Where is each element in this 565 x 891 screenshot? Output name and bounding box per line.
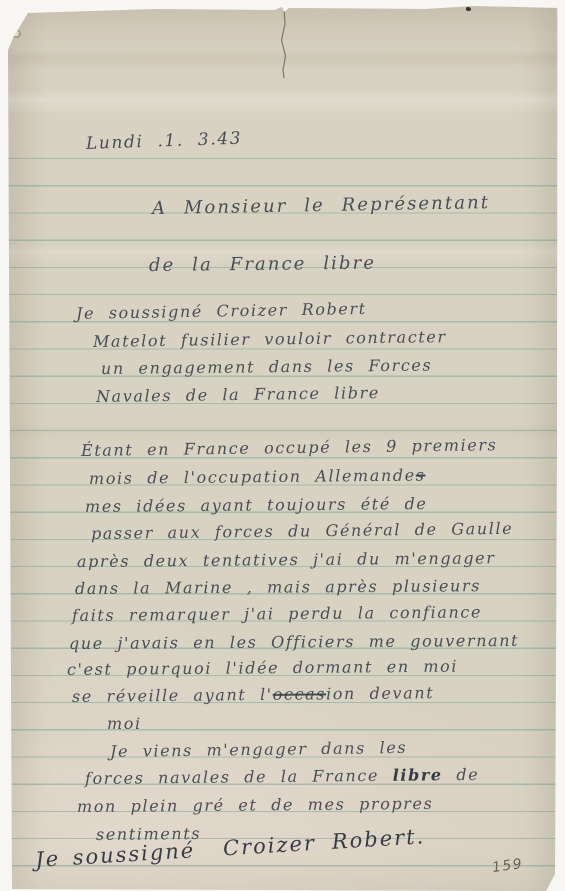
text-fragment: se réveille ayant l': [72, 685, 273, 706]
body-line: Étant en France occupé les 9 premiers: [81, 435, 498, 460]
address-line-2: de la France libre: [149, 253, 376, 276]
body-line: que j'avais en les Officiers me gouverna…: [69, 631, 519, 653]
signature-last-name: Robert.: [331, 824, 426, 854]
scan-background: Lundi .1. 3.43 A Monsieur le Représentan…: [0, 0, 565, 891]
text-fragment: forces navales de la France: [85, 766, 393, 788]
address-line-1: A Monsieur le Représentant: [152, 192, 490, 219]
page-number: 159: [491, 856, 524, 876]
overwritten-text: libre: [393, 765, 443, 785]
signature-prefix: Je soussigné: [35, 838, 196, 872]
body-line: Je soussigné Croizer Robert: [76, 299, 367, 323]
body-line: c'est pourquoi l'idée dormant en moi: [67, 657, 458, 679]
staple-hole: [12, 30, 21, 38]
signature-line: Je soussignéCroizerRobert.: [35, 824, 426, 872]
body-line: après deux tentatives j'ai du m'engager: [77, 548, 496, 571]
ink-speck: [466, 7, 471, 11]
body-line: passer aux forces du Général de Gaulle: [91, 519, 513, 543]
text-fragment: ion devant: [326, 683, 434, 703]
letter-page: Lundi .1. 3.43 A Monsieur le Représentan…: [6, 6, 557, 891]
body-line: Matelot fusilier vouloir contracter: [93, 327, 447, 351]
body-line: un engagement dans les Forces: [101, 356, 432, 378]
signature-first-name: Croizer: [222, 831, 316, 861]
body-line: mon plein gré et de mes propres: [77, 794, 434, 816]
body-line-france-libre: forces navales de la France libre de: [85, 765, 479, 788]
struck-text: s: [416, 465, 426, 484]
body-line: mes idées ayant toujours été de: [85, 494, 428, 516]
struck-text: occas: [273, 684, 327, 704]
body-line: faits remarquer j'ai perdu la confiance: [72, 602, 482, 625]
body-line: moi: [107, 714, 142, 733]
body-line-occasion: se réveille ayant l'occasion devant: [72, 683, 434, 706]
body-line-occupation: mois de l'occupation Allemandes: [89, 465, 426, 488]
body-line: Navales de la France libre: [96, 383, 380, 406]
body-line: Je viens m'engager dans les: [110, 738, 407, 761]
text-fragment: de: [443, 765, 480, 784]
date-line: Lundi .1. 3.43: [86, 129, 243, 154]
staple-hole: [10, 16, 17, 23]
text-fragment: mois de l'occupation Allemande: [89, 466, 416, 488]
body-line: dans la Marine , mais après plusieurs: [75, 576, 481, 598]
paper-tear-crack: [6, 6, 557, 96]
